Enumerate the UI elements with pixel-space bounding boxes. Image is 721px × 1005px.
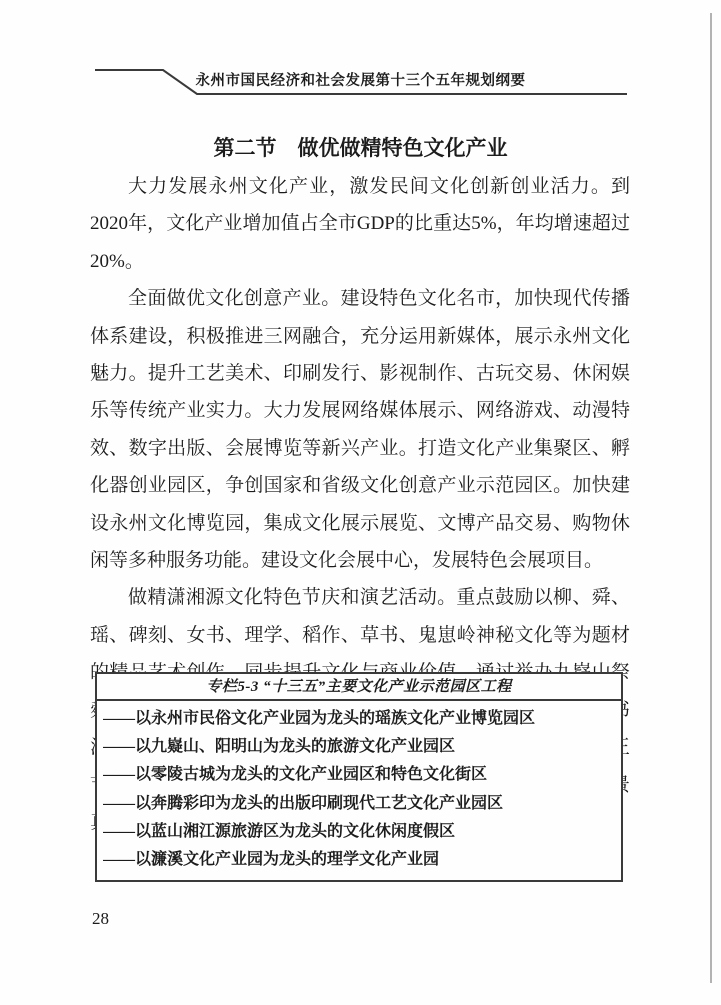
header-decorative-rule bbox=[0, 0, 721, 110]
callout-box-item: ——以奔腾彩印为龙头的出版印刷现代工艺文化产业园区 bbox=[103, 790, 611, 818]
page-edge-line bbox=[710, 13, 712, 983]
callout-box: 专栏5-3 “十三五”主要文化产业示范园区工程 ——以永州市民俗文化产业园为龙头… bbox=[95, 672, 623, 882]
callout-box-item: ——以蓝山湘江源旅游区为龙头的文化休闲度假区 bbox=[103, 818, 611, 846]
callout-box-item: ——以永州市民俗文化产业园为龙头的瑶族文化产业博览园区 bbox=[103, 705, 611, 733]
callout-box-items: ——以永州市民俗文化产业园为龙头的瑶族文化产业博览园区 ——以九嶷山、阳明山为龙… bbox=[97, 701, 621, 880]
callout-box-item: ——以零陵古城为龙头的文化产业园区和特色文化街区 bbox=[103, 761, 611, 789]
body-paragraph: 大力发展永州文化产业，激发民间文化创新创业活力。到2020年，文化产业增加值占全… bbox=[90, 168, 630, 280]
callout-box-item: ——以濂溪文化产业园为龙头的理学文化产业园 bbox=[103, 846, 611, 874]
section-title: 第二节 做优做精特色文化产业 bbox=[0, 137, 721, 161]
callout-box-title: 专栏5-3 “十三五”主要文化产业示范园区工程 bbox=[97, 674, 621, 701]
document-page: 永州市国民经济和社会发展第十三个五年规划纲要 第二节 做优做精特色文化产业 大力… bbox=[0, 0, 721, 1005]
page-number: 28 bbox=[92, 908, 109, 930]
body-paragraph: 全面做优文化创意产业。建设特色文化名市，加快现代传播体系建设，积极推进三网融合，… bbox=[90, 280, 630, 579]
callout-box-item: ——以九嶷山、阳明山为龙头的旅游文化产业园区 bbox=[103, 733, 611, 761]
running-header: 永州市国民经济和社会发展第十三个五年规划纲要 bbox=[0, 71, 721, 92]
